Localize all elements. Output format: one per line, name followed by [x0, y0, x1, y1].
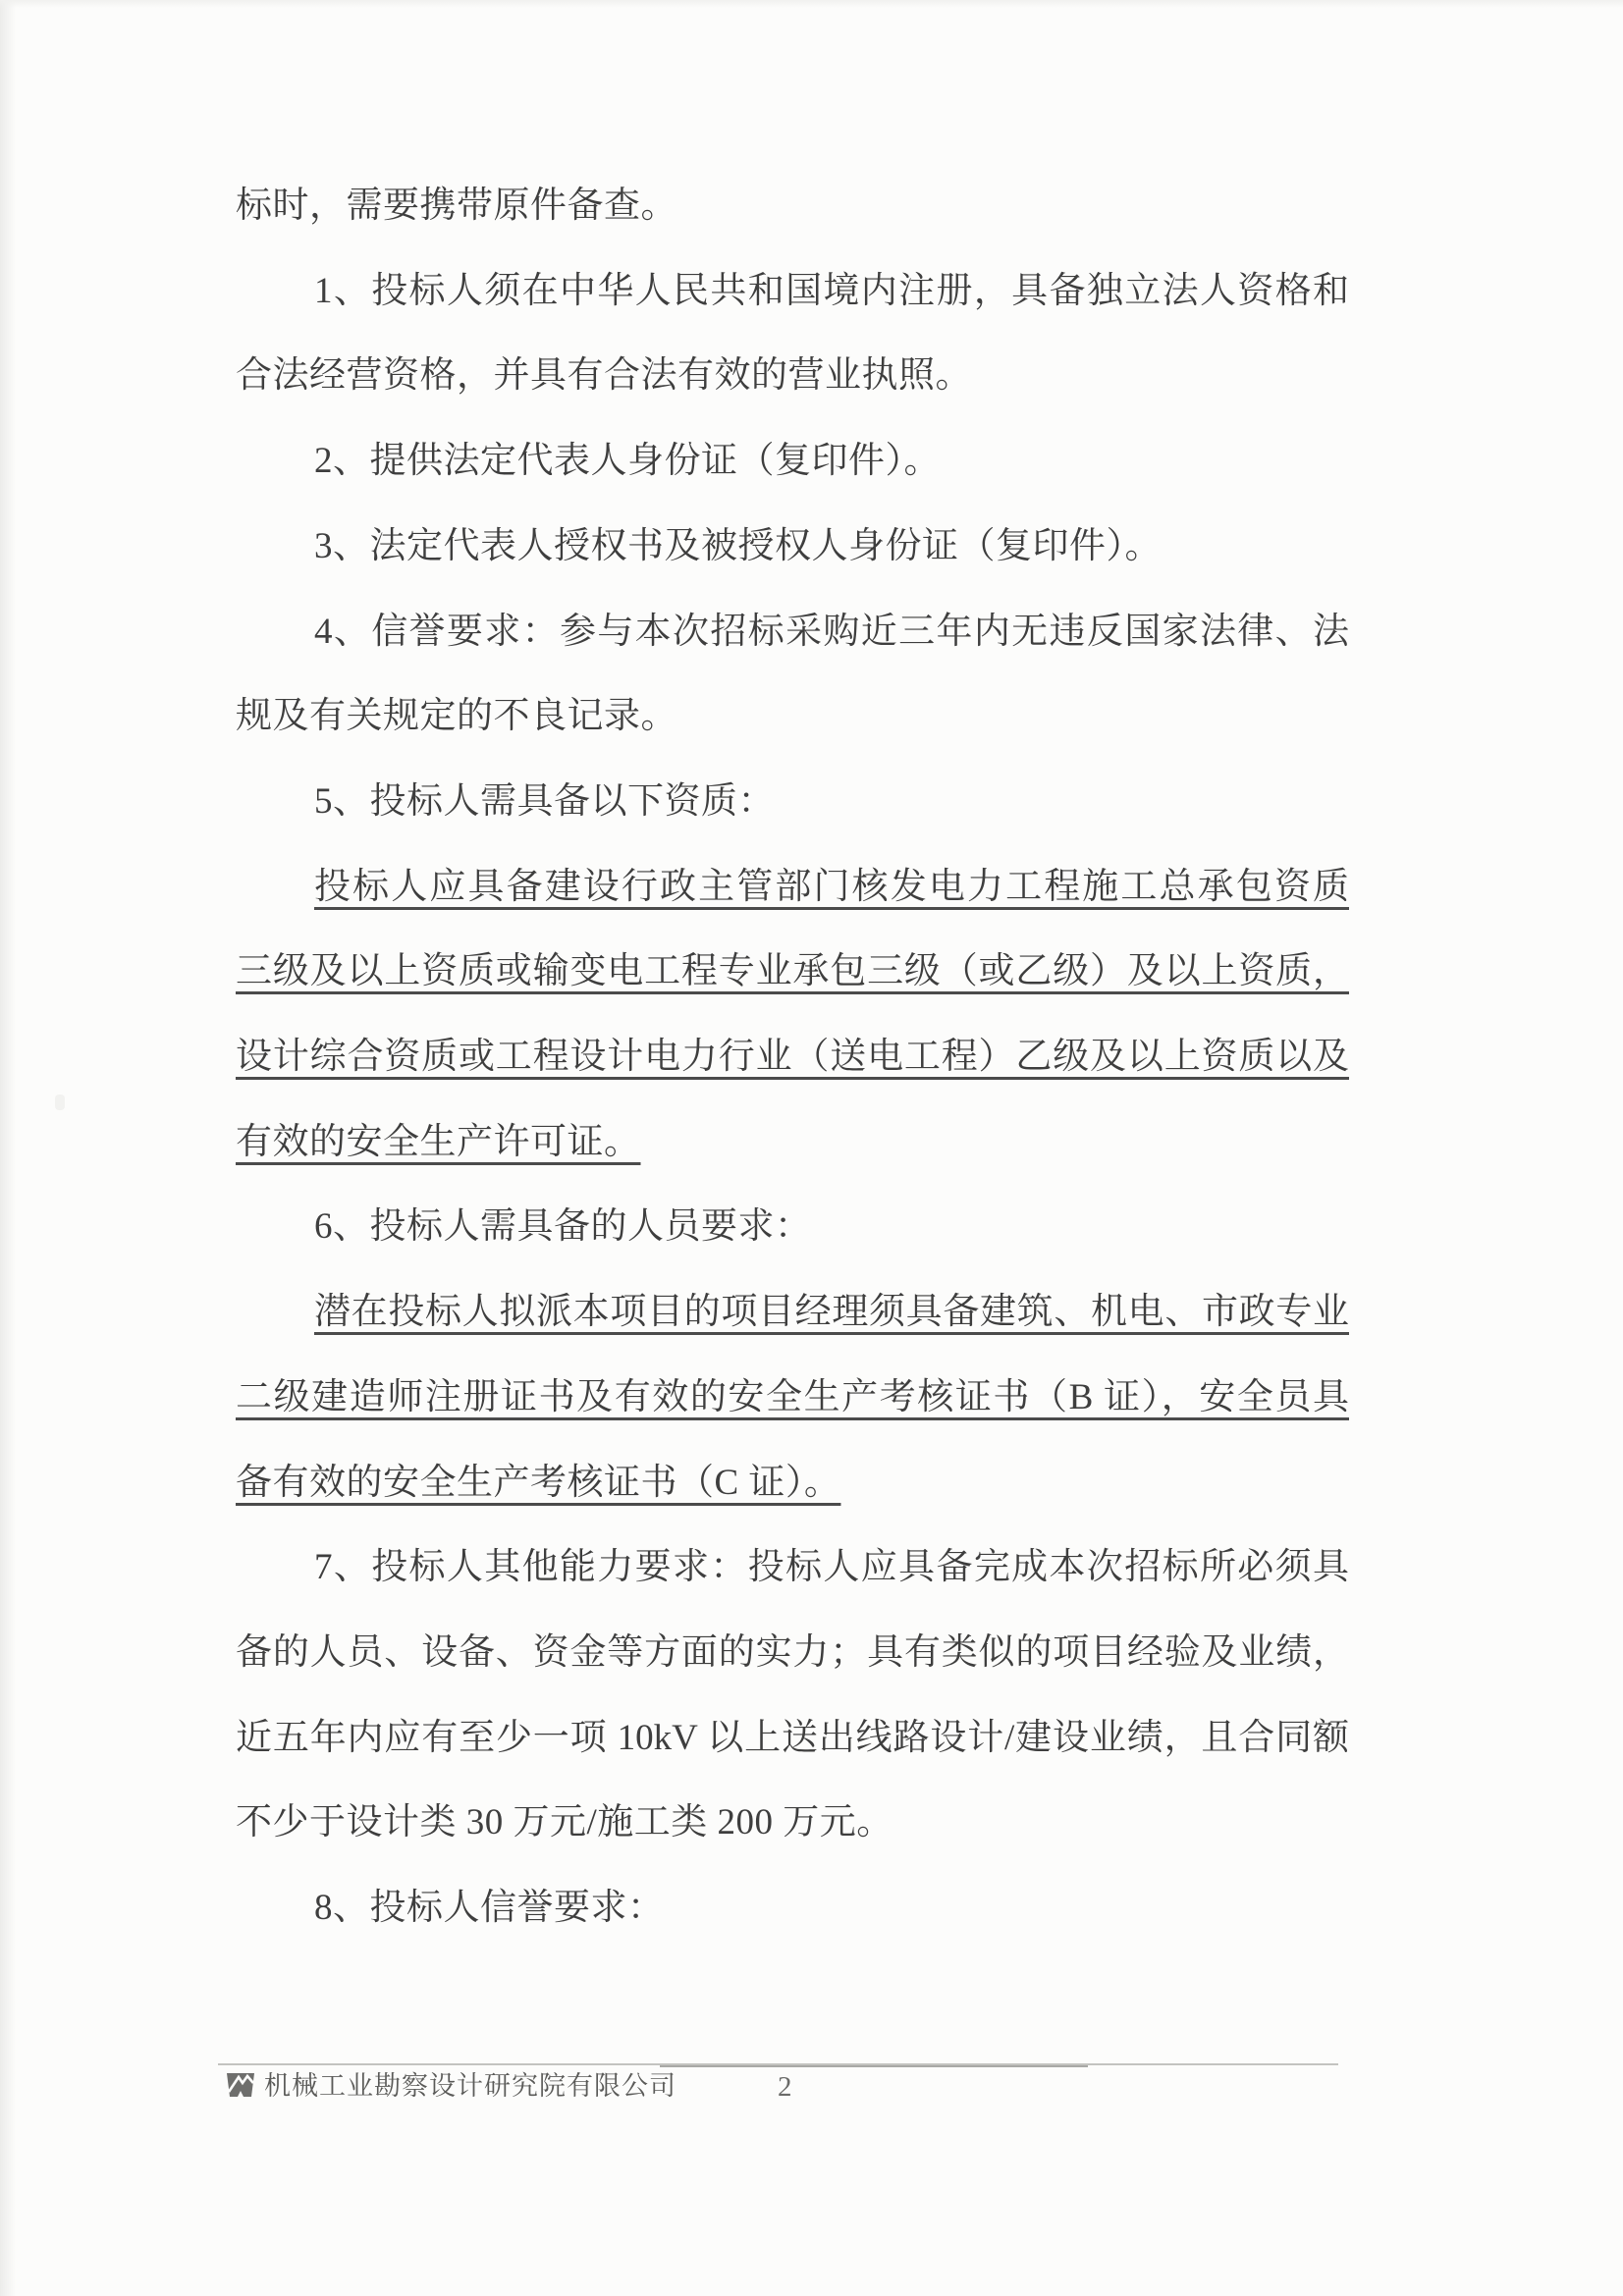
document-page: 标时，需要携带原件备查。 1、投标人须在中华人民共和国境内注册，具备独立法人资格…	[0, 0, 1623, 2296]
text-line: 标时，需要携带原件备查。	[236, 179, 1349, 234]
text-line-clause-1: 1、投标人须在中华人民共和国境内注册，具备独立法人资格和	[236, 264, 1349, 319]
text-line: 备的人员、设备、资金等方面的实力；具有类似的项目经验及业绩，	[236, 1626, 1349, 1681]
text-line-clause-8: 8、投标人信誉要求：	[236, 1881, 1349, 1936]
text-line: 规及有关规定的不良记录。	[236, 689, 1349, 744]
text-line-clause-6: 6、投标人需具备的人员要求：	[236, 1200, 1349, 1255]
text-line-underlined: 投标人应具备建设行政主管部门核发电力工程施工总承包资质	[236, 860, 1349, 915]
text-line-underlined: 三级及以上资质或输变电工程专业承包三级（或乙级）及以上资质，	[236, 944, 1349, 999]
page-number: 2	[778, 2067, 792, 2107]
company-mountain-logo-icon	[225, 2071, 256, 2099]
text-line-clause-5: 5、投标人需具备以下资质：	[236, 774, 1349, 829]
text-line: 不少于设计类 30 万元/施工类 200 万元。	[236, 1795, 1349, 1850]
text-line-clause-4: 4、信誉要求：参与本次招标采购近三年内无违反国家法律、法	[236, 605, 1349, 660]
text-line-underlined: 设计综合资质或工程设计电力行业（送电工程）乙级及以上资质以及	[236, 1030, 1349, 1085]
text-line-clause-3: 3、法定代表人授权书及被授权人身份证（复印件）。	[236, 519, 1349, 574]
text-line-underlined: 二级建造师注册证书及有效的安全生产考核证书（B 证），安全员具	[236, 1370, 1349, 1425]
footer-rule-dark-segment	[660, 2065, 1088, 2067]
text-line: 合法经营资格，并具有合法有效的营业执照。	[236, 348, 1349, 403]
text-line: 近五年内应有至少一项 10kV 以上送出线路设计/建设业绩，且合同额	[236, 1711, 1349, 1766]
text-line-underlined: 备有效的安全生产考核证书（C 证）。	[236, 1456, 1349, 1511]
text-line-clause-2: 2、提供法定代表人身份证（复印件）。	[236, 434, 1349, 489]
text-line-clause-7: 7、投标人其他能力要求：投标人应具备完成本次招标所必须具	[236, 1540, 1349, 1595]
footer-company-name: 机械工业勘察设计研究院有限公司	[264, 2067, 676, 2105]
text-line-underlined: 潜在投标人拟派本项目的项目经理须具备建筑、机电、市政专业	[236, 1285, 1349, 1340]
text-line-underlined: 有效的安全生产许可证。	[236, 1115, 1349, 1170]
